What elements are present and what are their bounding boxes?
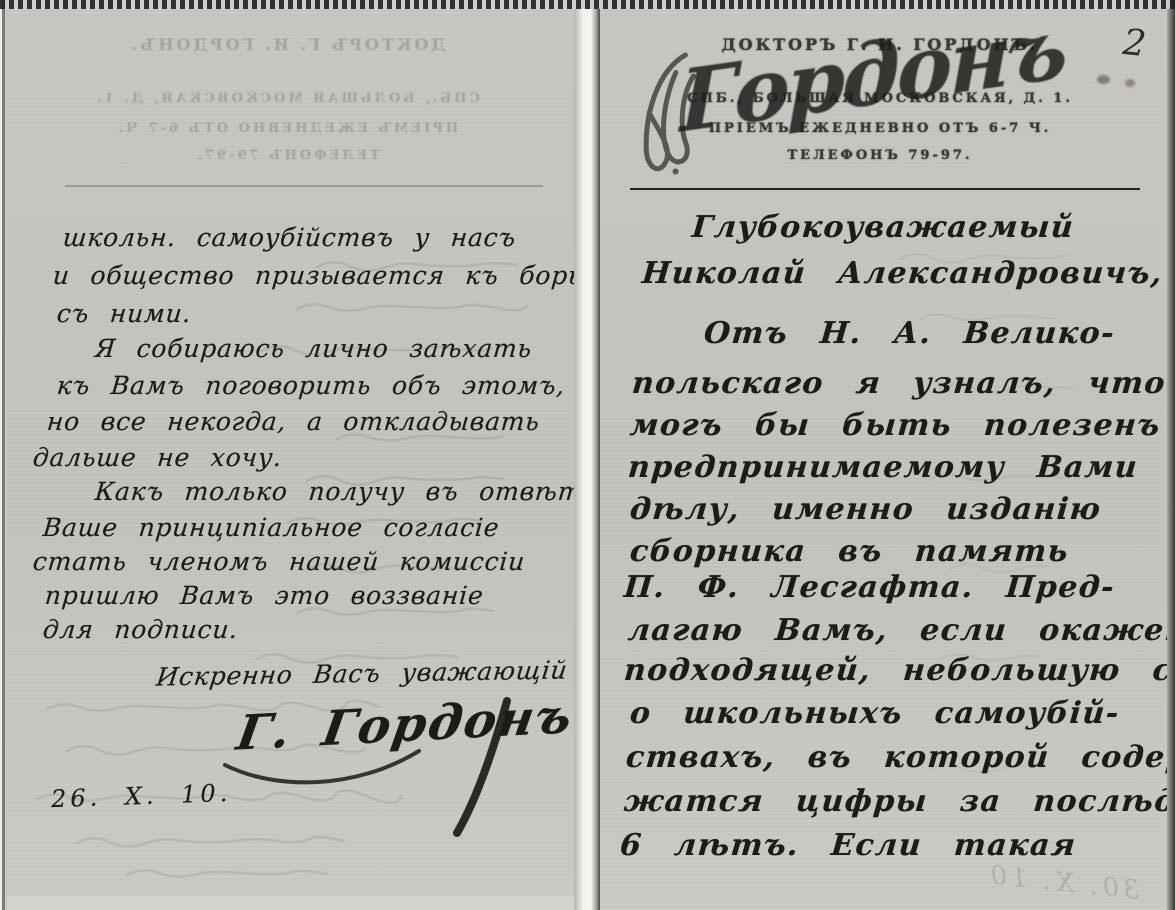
handwritten-line: дальше не хочу. (32, 445, 283, 470)
handwritten-line: стать членомъ нашей комиссіи (32, 549, 526, 574)
handwritten-line: 6 лѣтъ. Если такая (619, 831, 1078, 861)
handwritten-line: лагаю Вамъ, если окажется (627, 616, 1168, 646)
salutation-line: Глубокоуважаемый (691, 213, 1076, 243)
handwritten-line: предпринимаемому Вами (627, 453, 1140, 483)
right-page: ДОКТОРЪ Г. И. ГОРДОНЪ. СПБ., БОЛЬШАЯ МОС… (600, 9, 1168, 910)
handwritten-line: сборника въ память (629, 537, 1071, 567)
page-number: 2 (1121, 22, 1148, 65)
handwritten-line: съ ними. (56, 301, 193, 326)
date: 26. X. 10. (51, 781, 232, 811)
handwritten-line: подходящей, небольшую статью (623, 656, 1168, 686)
closing-line: Искренно Васъ уважающій (155, 657, 569, 689)
handwritten-line: ствахъ, въ которой содер- (625, 743, 1168, 773)
salutation-line: Николай Александровичъ, (641, 259, 1165, 289)
handwritten-line: жатся цифры за послѣднія (623, 787, 1168, 817)
handwritten-line: Отъ Н. А. Велико- (703, 319, 1117, 349)
scanned-letter: ДОКТОРЪ Г. И. ГОРДОНЪ. СПБ., БОЛЬШАЯ МОС… (0, 0, 1175, 910)
page-fold (574, 9, 600, 910)
handwritten-line: къ Вамъ поговорить объ этомъ, (56, 373, 566, 398)
divider-rule (630, 188, 1140, 190)
handwritten-line: и общество призывается къ борьбѣ (52, 263, 574, 288)
handwritten-line: для подписи. (42, 617, 239, 642)
handwritten-line: П. Ф. Лесгафта. Пред- (623, 573, 1117, 603)
left-scan-edge (0, 0, 7, 910)
perforated-top-edge (0, 0, 1175, 9)
signature-flourish (207, 687, 527, 847)
ink-blot (1125, 79, 1135, 87)
handwritten-line: могъ бы быть полезенъ (629, 411, 1162, 441)
handwritten-line: но все некогда, а откладывать (46, 409, 541, 434)
handwritten-line: польскаго я узналъ, что (631, 369, 1168, 399)
handwritten-line: Какъ только получу въ отвѣтъ (94, 479, 574, 504)
handwritten-line: школьн. самоубійствъ у насъ (62, 225, 517, 250)
left-page: ДОКТОРЪ Г. И. ГОРДОНЪ. СПБ., БОЛЬШАЯ МОС… (7, 9, 574, 896)
right-scan-edge (1167, 0, 1175, 910)
handwritten-line: дѣлу, именно изданію (629, 495, 1103, 525)
ink-blot (1097, 75, 1110, 84)
handwritten-line: о школьныхъ самоубій- (629, 699, 1121, 729)
handwritten-line: пришлю Вамъ это воззваніе (44, 583, 485, 608)
handwritten-line: Ваше принципіальное согласіе (42, 515, 501, 540)
handwritten-line: Я собираюсь лично заѣхать (94, 336, 533, 361)
